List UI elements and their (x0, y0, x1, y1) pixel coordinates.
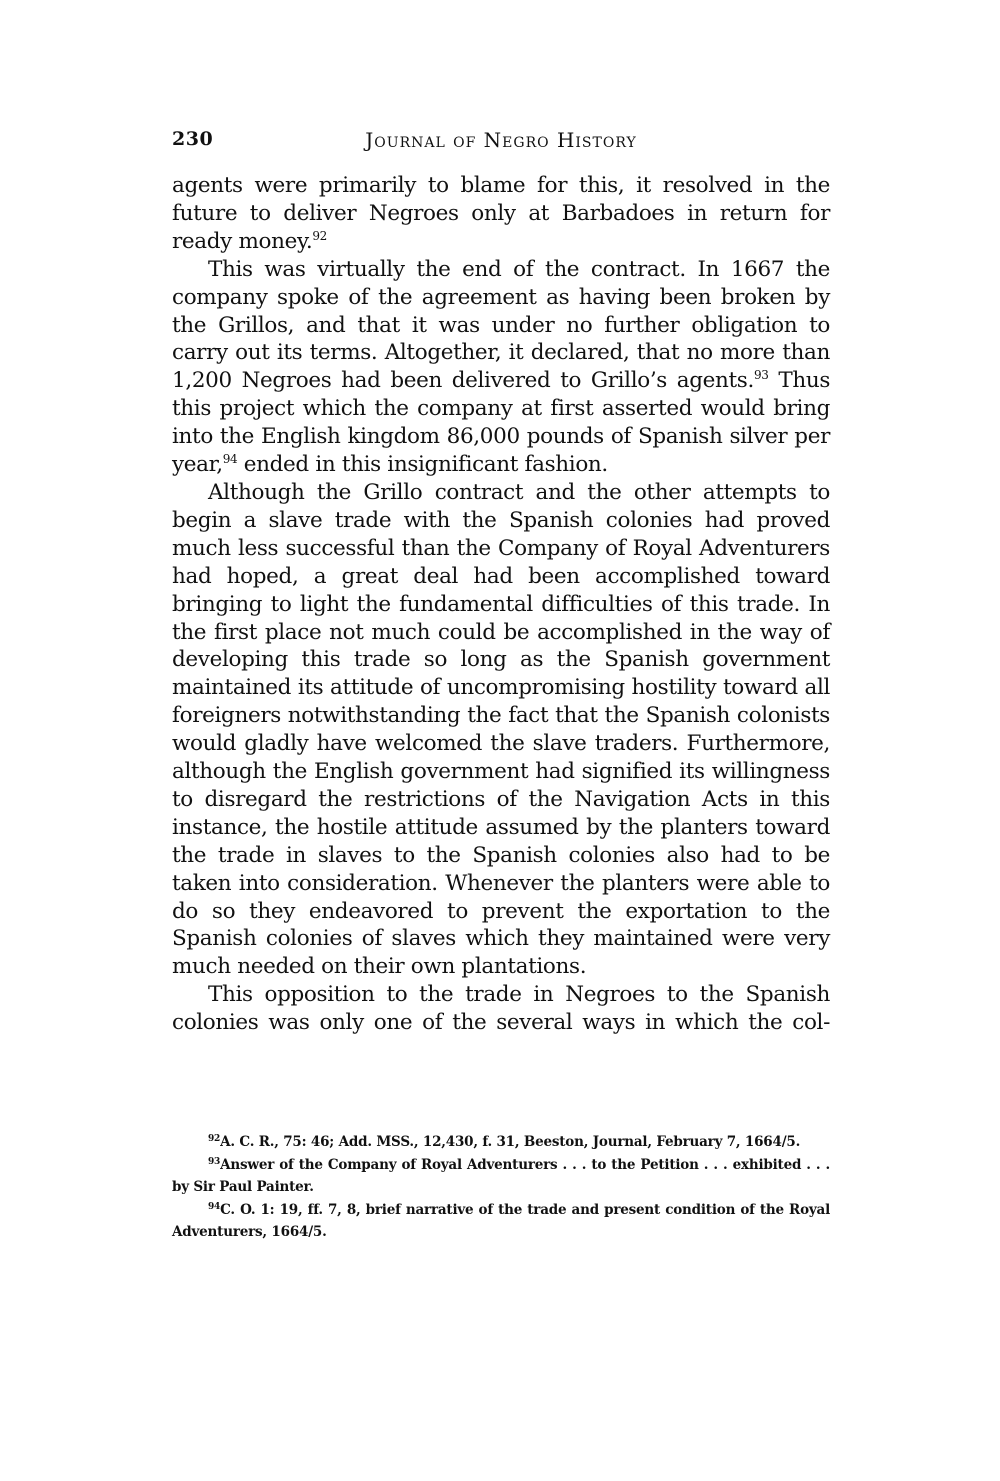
paragraph-text: ended in this insignificant fashion. (237, 452, 608, 477)
paragraph: agents were primarily to blame for this,… (172, 172, 830, 256)
footnote-text: A. C. R., 75: 46; Add. MSS., 12,430, f. … (220, 1134, 800, 1150)
footnote-ref-92[interactable]: 92 (312, 229, 327, 243)
footnote-ref-93[interactable]: 93 (754, 368, 769, 382)
paragraph-text: Although the Grillo contract and the oth… (172, 480, 830, 979)
footnote-94: 94C. O. 1: 19, ff. 7, 8, brief narrative… (172, 1199, 830, 1244)
body-text: agents were primarily to blame for this,… (172, 172, 830, 1037)
paragraph: Although the Grillo contract and the oth… (172, 479, 830, 981)
paragraph-text: This was virtually the end of the contra… (172, 257, 830, 394)
footnote-number: 94 (208, 1202, 220, 1212)
footnote-number: 93 (208, 1157, 220, 1167)
footnote-text: Answer of the Company of Royal Adventure… (172, 1157, 830, 1196)
running-head: 230 Journal of Negro History (172, 128, 830, 156)
footnote-number: 92 (208, 1134, 220, 1144)
paragraph-text: agents were primarily to blame for this,… (172, 173, 830, 254)
journal-title: Journal of Negro History (172, 128, 830, 152)
footnote-ref-94[interactable]: 94 (223, 452, 238, 466)
footnote-92: 92A. C. R., 75: 46; Add. MSS., 12,430, f… (172, 1131, 830, 1154)
paragraph: This was virtually the end of the contra… (172, 256, 830, 479)
footnotes: 92A. C. R., 75: 46; Add. MSS., 12,430, f… (172, 1131, 830, 1244)
paragraph-text: This opposition to the trade in Negroes … (172, 982, 830, 1035)
footnote-93: 93Answer of the Company of Royal Adventu… (172, 1154, 830, 1199)
paragraph: This opposition to the trade in Negroes … (172, 981, 830, 1037)
footnote-text: C. O. 1: 19, ff. 7, 8, brief narrative o… (172, 1202, 830, 1241)
